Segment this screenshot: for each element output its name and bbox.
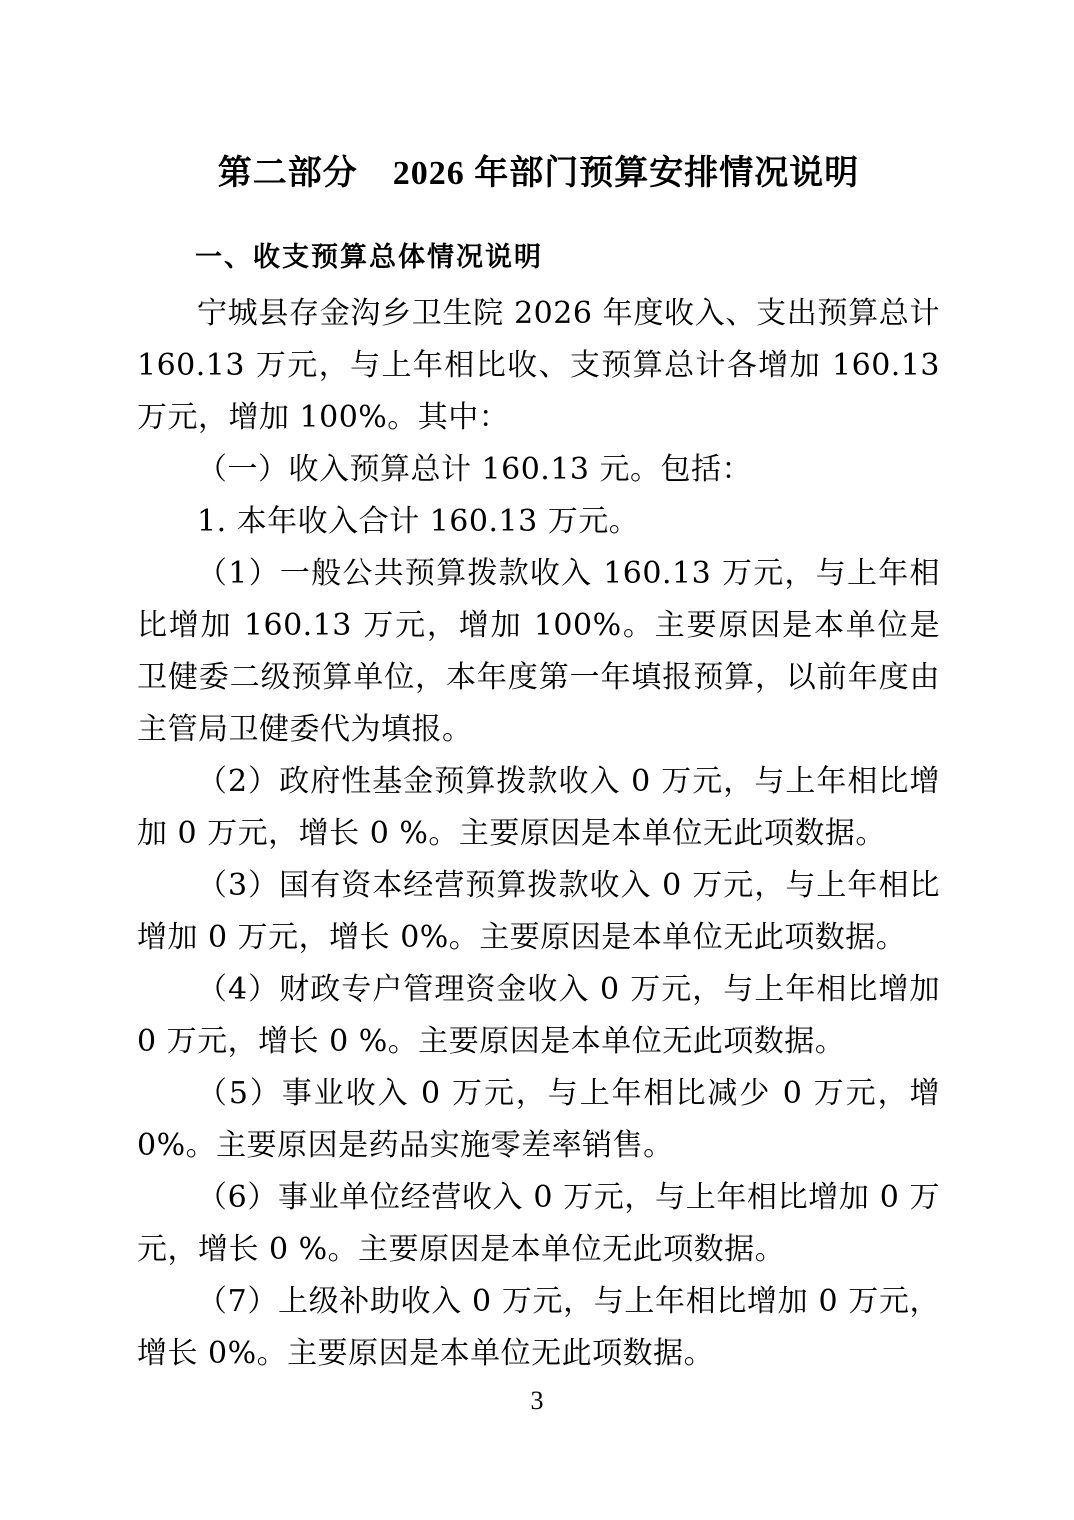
paragraph-budget-overview: 宁城县存金沟乡卫生院 2026 年度收入、支出预算总计 160.13 万元，与上… — [137, 288, 940, 444]
page-number: 3 — [0, 1386, 1074, 1416]
section-heading: 一、收支预算总体情况说明 — [137, 236, 940, 278]
document-title: 第二部分 2026 年部门预算安排情况说明 — [137, 0, 940, 200]
paragraph-income-total: （一）收入预算总计 160.13 元。包括： — [137, 444, 940, 496]
paragraph-item-6-operating-income: （6）事业单位经营收入 0 万元，与上年相比增加 0 万元，增长 0 %。主要原… — [137, 1172, 940, 1276]
paragraph-item-7-superior-subsidy: （7）上级补助收入 0 万元，与上年相比增加 0 万元，增长 0%。主要原因是本… — [137, 1276, 940, 1380]
document-body: 宁城县存金沟乡卫生院 2026 年度收入、支出预算总计 160.13 万元，与上… — [137, 288, 940, 1380]
paragraph-item-5-business-income: （5）事业收入 0 万元，与上年相比减少 0 万元，增 0%。主要原因是药品实施… — [137, 1068, 940, 1172]
paragraph-current-year-income: 1. 本年收入合计 160.13 万元。 — [137, 496, 940, 548]
paragraph-item-3-state-capital: （3）国有资本经营预算拨款收入 0 万元，与上年相比增加 0 万元，增长 0%。… — [137, 860, 940, 964]
document-page: 第二部分 2026 年部门预算安排情况说明 一、收支预算总体情况说明 宁城县存金… — [0, 0, 1074, 1520]
paragraph-item-4-fiscal-account-funds: （4）财政专户管理资金收入 0 万元，与上年相比增加 0 万元，增长 0 %。主… — [137, 964, 940, 1068]
paragraph-item-1-general-public-budget: （1）一般公共预算拨款收入 160.13 万元，与上年相比增加 160.13 万… — [137, 548, 940, 756]
paragraph-item-2-government-fund: （2）政府性基金预算拨款收入 0 万元，与上年相比增加 0 万元，增长 0 %。… — [137, 756, 940, 860]
